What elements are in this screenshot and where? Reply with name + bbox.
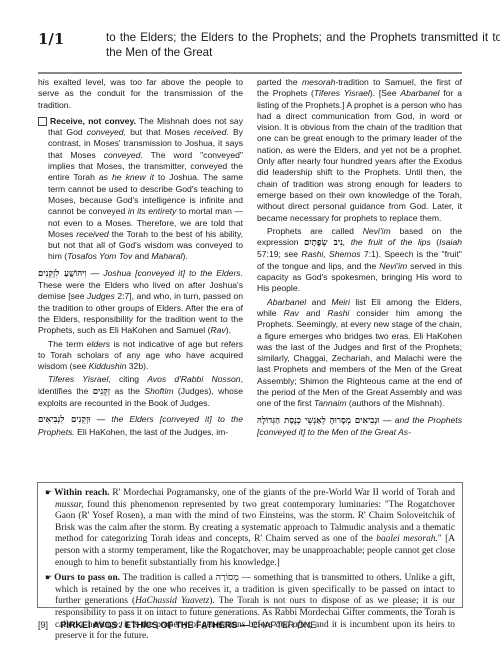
header-divider xyxy=(38,72,462,74)
hebrew-lemma: וּזְקֵנִים לִנְבִיאִים xyxy=(38,415,91,425)
paragraph-receive-not-convey: Receive, not convey. The Mishnah does no… xyxy=(38,116,243,263)
paragraph: Prophets are called Nevi'im based on the… xyxy=(257,226,462,295)
page-number: [9] xyxy=(38,620,48,630)
insight-heading: Ours to pass on. xyxy=(54,573,120,583)
checkbox-icon xyxy=(38,117,47,126)
left-column: his exalted level, was too far above the… xyxy=(38,77,243,440)
paragraph: his exalted level, was too far above the… xyxy=(38,77,243,111)
paragraph: parted the mesorah-tradition to Samuel, … xyxy=(257,77,462,224)
book-title: PIRKEI AVOS / ETHICS OF THE FATHERS — xyxy=(61,620,249,630)
paragraph: Tiferes Yisrael, citing Avos d'Rabbi Nos… xyxy=(38,374,243,409)
insight-box: ☛Within reach. R' Mordechai Pogramansky,… xyxy=(37,482,463,608)
paragraph: Abarbanel and Meiri list Eli among the E… xyxy=(257,297,462,410)
pointing-hand-icon: ☛ xyxy=(45,488,52,497)
insight-ours-to-pass-on: ☛Ours to pass on. The tradition is calle… xyxy=(45,572,455,643)
hebrew-lemma: וּנְבִיאִים מְסָרוּהָ לְאַנְשֵׁי כְנֶסֶת… xyxy=(257,416,379,426)
page-footer: [9] PIRKEI AVOS / ETHICS OF THE FATHERS … xyxy=(38,620,316,630)
hebrew-lemma: וִיהוֹשֻׁעַ לִזְקֵנִים xyxy=(38,269,87,279)
mishnah-number: 1/1 xyxy=(38,30,64,48)
paragraph-prophets-great-assembly: וּנְבִיאִים מְסָרוּהָ לְאַנְשֵׁי כְנֶסֶת… xyxy=(257,415,462,439)
paragraph-joshua-elders: וִיהוֹשֻׁעַ לִזְקֵנִים — Joshua [conveye… xyxy=(38,268,243,337)
insight-heading: Within reach. xyxy=(54,488,109,498)
paragraph-elders-prophets: וּזְקֵנִים לִנְבִיאִים — the Elders [con… xyxy=(38,414,243,438)
mishnah-header: 1/1 to the Elders; the Elders to the Pro… xyxy=(38,30,462,72)
paragraph-heading: Receive, not convey. xyxy=(50,116,136,126)
insight-within-reach: ☛Within reach. R' Mordechai Pogramansky,… xyxy=(45,487,455,569)
right-column: parted the mesorah-tradition to Samuel, … xyxy=(257,77,462,440)
chapter-label: CHAPTER ONE xyxy=(249,620,317,630)
paragraph: The term elders is not indicative of age… xyxy=(38,339,243,373)
pointing-hand-icon: ☛ xyxy=(45,573,52,582)
mishnah-text: to the Elders; the Elders to the Prophet… xyxy=(106,30,500,60)
